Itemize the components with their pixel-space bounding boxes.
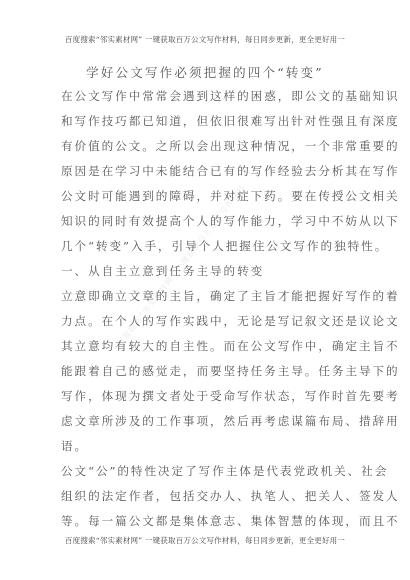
body-line: 写作，体现为撰文者处于受命写作状态，写作时首先要考 — [61, 387, 353, 412]
body-line: 几个“转变”入手，引导个人把握住公文写作的独特性。 — [61, 237, 353, 262]
body-line: 在公文写作中常常会遇到这样的困惑，即公文的基础知识 — [61, 87, 353, 112]
body-line: 等。每一篇公文都是集体意志、集体智慧的体现，而且不 — [61, 512, 353, 537]
body-line: 其立意均有较大的自主性。而在公文写作中，确定主旨不 — [61, 337, 353, 362]
section-heading: 一、从自主立意到任务主导的转变 — [61, 262, 353, 287]
body-line: 有价值的公文。之所以会出现这种情况，一个非常重要的 — [61, 137, 353, 162]
body-line: 公文时可能遇到的障碍，并对症下药。要在传授公文相关 — [61, 187, 353, 212]
page-header-promo: 百度搜索“邻实素材网” 一键获取百万公文写作材料，每日同步更新，更全更好用一 — [0, 34, 410, 45]
body-line: 原因是在学习中未能结合已有的写作经验去分析其在写作 — [61, 162, 353, 187]
body-line: 能跟着自己的感觉走，而要坚持任务主导。任务主导下的 — [61, 362, 353, 387]
body-line: 公文“公”的特性决定了写作主体是代表党政机关、社会 — [61, 462, 353, 487]
body-line: 组织的法定作者，包括交办人、执笔人、把关人、签发人 — [61, 487, 353, 512]
body-line: 和写作技巧都已知道，但依旧很难写出针对性强且有深度 — [61, 112, 353, 137]
body-line: 立意即确立文章的主旨，确定了主旨才能把握好写作的着 — [61, 287, 353, 312]
body-line: 知识的同时有效提高个人的写作能力，学习中不妨从以下 — [61, 212, 353, 237]
document-body: 在公文写作中常常会遇到这样的困惑，即公文的基础知识 和写作技巧都已知道，但依旧很… — [61, 87, 353, 537]
page-footer-promo: 百度搜索“邻实素材网” 一键获取百万公文写作材料，每日同步更新，更全更好用一 — [0, 535, 410, 546]
body-line: 语。 — [61, 437, 353, 462]
body-line: 虑文章所涉及的工作事项，然后再考虑谋篇布局、措辞用 — [61, 412, 353, 437]
document-title: 学好公文写作必须把握的四个“转变” — [0, 63, 410, 81]
body-line: 力点。在个人的写作实践中，无论是写记叙文还是议论文 — [61, 312, 353, 337]
